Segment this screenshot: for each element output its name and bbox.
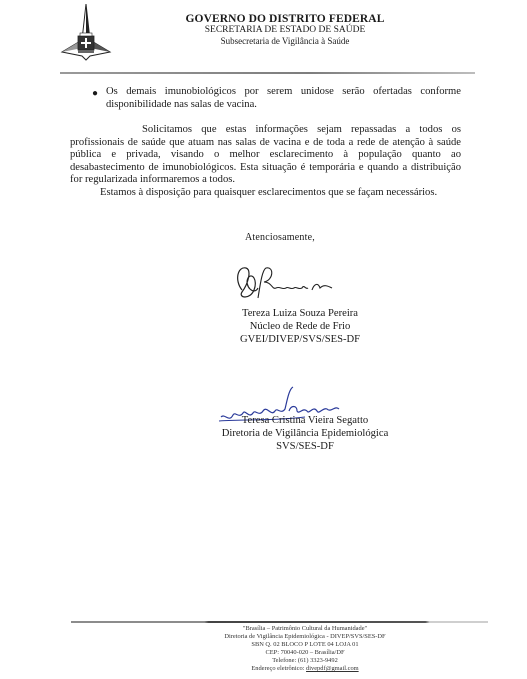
footer-email-line: Endereço eletrônico: divepdf@gmail.com	[180, 665, 430, 673]
footer-email-label: Endereço eletrônico:	[251, 665, 306, 672]
bullet-icon: ●	[92, 88, 98, 99]
footer-address: SBN Q. 02 BLOCO P LOTE 04 LOJA 01	[180, 641, 430, 649]
department-name: Subsecretaria de Vigilância à Saúde	[150, 36, 420, 47]
footer-motto: "Brasília – Patrimônio Cultural da Human…	[180, 625, 430, 633]
gdf-coat-of-arms-icon	[60, 2, 112, 62]
header-divider	[60, 72, 475, 74]
signatory-name: Tereza Luiza Souza Pereira	[205, 308, 395, 321]
signatory-block: Teresa Cristina Vieira Segatto Diretoria…	[180, 415, 430, 453]
signatory-block: Tereza Luiza Souza Pereira Núcleo de Red…	[205, 308, 395, 346]
government-title: GOVERNO DO DISTRITO FEDERAL	[150, 14, 420, 25]
signatory-unit: GVEI/DIVEP/SVS/SES-DF	[205, 334, 395, 347]
body-paragraph: Estamos à disposição para quaisquer escl…	[70, 187, 461, 200]
handwritten-signature-icon	[228, 260, 338, 308]
footer: "Brasília – Patrimônio Cultural da Human…	[180, 625, 430, 673]
body-paragraph: Solicitamos que estas informações sejam …	[70, 124, 461, 187]
signatory-role: Núcleo de Rede de Frio	[205, 321, 395, 334]
footer-cep: CEP: 70040-020 – Brasília/DF	[180, 649, 430, 657]
letterhead: GOVERNO DO DISTRITO FEDERAL SECRETARIA D…	[150, 14, 420, 47]
footer-divider	[71, 621, 488, 623]
closing-salutation: Atenciosamente,	[245, 232, 315, 243]
secretariat-name: SECRETARIA DE ESTADO DE SAÚDE	[150, 25, 420, 36]
signatory-role: Diretoria de Vigilância Epidemiológica	[180, 428, 430, 441]
signatory-unit: SVS/SES-DF	[180, 441, 430, 454]
footer-org: Diretoria de Vigilância Epidemiológica -…	[180, 633, 430, 641]
bullet-item: Os demais imunobiológicos por serem unid…	[106, 86, 461, 111]
signatory-name: Teresa Cristina Vieira Segatto	[180, 415, 430, 428]
footer-phone: Telefone: (61) 3323-9492	[180, 657, 430, 665]
footer-email-link[interactable]: divepdf@gmail.com	[306, 665, 359, 672]
